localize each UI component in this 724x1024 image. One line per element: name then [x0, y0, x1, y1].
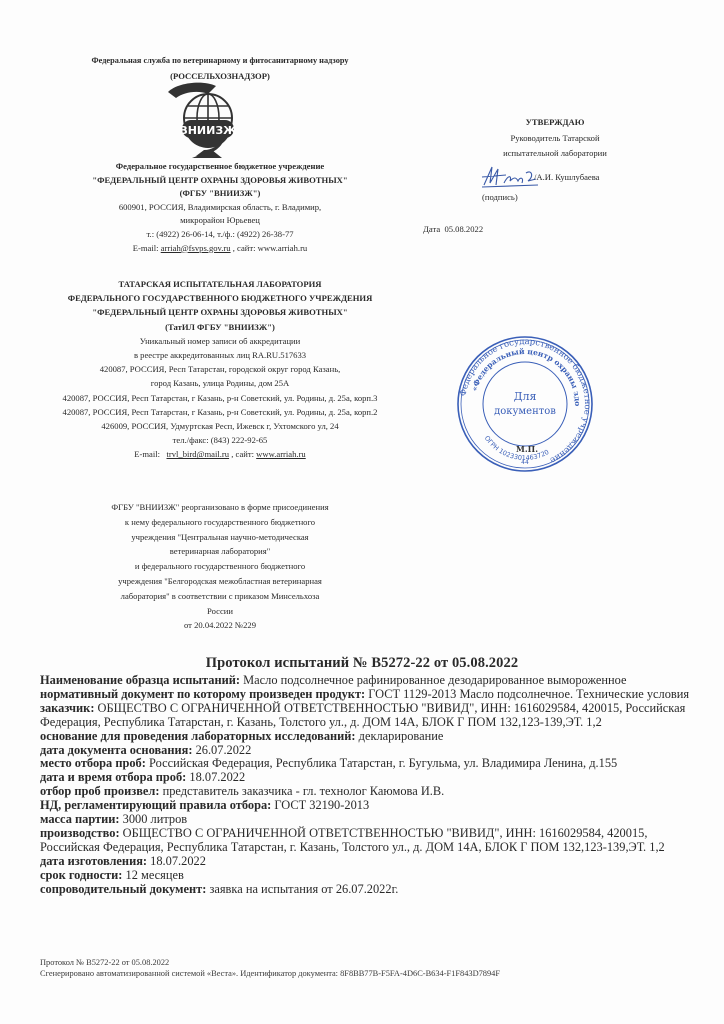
field-sampling-standard: НД, регламентирующий правила отбора: ГОС…: [40, 799, 710, 813]
lab-accreditation-2: в реестре аккредитованных лиц RA.RU.5176…: [40, 348, 400, 362]
lab-address-2: город Казань, улица Родины, дом 25А: [40, 376, 400, 390]
institution-address-1: 600901, РОССИЯ, Владимирская область, г.…: [40, 201, 400, 215]
footer-generated-by: Сгенерировано автоматизированной системо…: [40, 968, 500, 979]
lab-contacts: E-mail: trvl_bird@mail.ru , сайт: www.ar…: [40, 447, 400, 461]
reorg-line: России: [40, 604, 400, 619]
institution-type: Федеральное государственное бюджетное уч…: [40, 160, 400, 174]
svg-text:документов: документов: [494, 406, 556, 417]
reorganization-note: ФГБУ "ВНИИЗЖ" реорганизовано в форме при…: [40, 500, 400, 633]
footer-protocol-ref: Протокол № B5272-22 от 05.08.2022: [40, 957, 500, 968]
reorg-line: учреждения "Белгородская межобластная ве…: [40, 574, 400, 589]
lab-address-4: 420087, РОССИЯ, Респ Татарстан, г Казань…: [40, 405, 400, 419]
field-shelf-life: срок годности: 12 месяцев: [40, 869, 710, 883]
field-accompanying-doc: сопроводительный документ: заявка на исп…: [40, 883, 710, 897]
protocol-title: Протокол испытаний № B5272-22 от 05.08.2…: [0, 655, 724, 672]
field-normative-doc: нормативный документ по которому произве…: [40, 688, 710, 702]
lab-accreditation-1: Уникальный номер записи об аккредитации: [40, 334, 400, 348]
page-footer: Протокол № B5272-22 от 05.08.2022 Сгенер…: [40, 957, 500, 979]
approval-date: Дата 05.08.2022: [423, 224, 483, 234]
field-basis-date: дата документа основания: 26.07.2022: [40, 744, 710, 758]
lab-title-1: ТАТАРСКАЯ ИСПЫТАТЕЛЬНАЯ ЛАБОРАТОРИЯ: [40, 277, 400, 291]
lab-site-link[interactable]: www.arriah.ru: [256, 449, 306, 459]
institution-block: Федеральное государственное бюджетное уч…: [40, 160, 400, 255]
lab-phone: тел./факс: (843) 222-92-65: [40, 433, 400, 447]
svg-text:М.П.: М.П.: [516, 444, 538, 454]
svg-text:ВНИИЗЖ: ВНИИЗЖ: [179, 124, 237, 137]
official-stamp: Федеральное государственное бюджетное уч…: [455, 334, 595, 474]
lab-address-5: 426009, РОССИЯ, Удмуртская Респ, Ижевск …: [40, 419, 400, 433]
svg-text:44: 44: [521, 459, 529, 466]
institution-contacts: E-mail: arriah@fsvps.gov.ru , сайт: www.…: [40, 242, 400, 256]
agency-header: Федеральная служба по ветеринарному и фи…: [40, 56, 400, 81]
lab-block: ТАТАРСКАЯ ИСПЫТАТЕЛЬНАЯ ЛАБОРАТОРИЯ ФЕДЕ…: [40, 277, 400, 462]
approval-signer: /А.И. Кушлубаева: [534, 172, 599, 182]
lab-address-3: 420087, РОССИЯ, Респ Татарстан, г Казань…: [40, 391, 400, 405]
field-sampling-place: место отбора проб: Российская Федерация,…: [40, 757, 710, 771]
protocol-fields: Наименование образца испытаний: Масло по…: [40, 674, 710, 897]
field-sampling-date: дата и время отбора проб: 18.07.2022: [40, 771, 710, 785]
field-customer: заказчик: ОБЩЕСТВО С ОГРАНИЧЕННОЙ ОТВЕТС…: [40, 702, 710, 730]
approval-role-1: Руководитель Татарской: [470, 131, 640, 147]
approval-title: УТВЕРЖДАЮ: [470, 115, 640, 131]
institution-address-2: микрорайон Юрьевец: [40, 214, 400, 228]
approval-block: УТВЕРЖДАЮ Руководитель Татарской испытат…: [470, 115, 640, 162]
institution-short: (ФГБУ "ВНИИЗЖ"): [40, 187, 400, 201]
approval-role-2: испытательной лаборатории: [470, 146, 640, 162]
signature: [480, 165, 540, 187]
vniizzh-logo: ВНИИЗЖ: [164, 80, 248, 160]
field-sample-name: Наименование образца испытаний: Масло по…: [40, 674, 710, 688]
lab-title-2: ФЕДЕРАЛЬНОГО ГОСУДАРСТВЕННОГО БЮДЖЕТНОГО…: [40, 291, 400, 305]
svg-text:Для: Для: [514, 390, 537, 403]
field-producer: производство: ОБЩЕСТВО С ОГРАНИЧЕННОЙ ОТ…: [40, 827, 710, 855]
signature-caption: (подпись): [482, 192, 518, 202]
lab-title-4: (ТатИЛ ФГБУ "ВНИИЗЖ"): [40, 320, 400, 334]
reorg-line: ветеринарная лаборатория": [40, 544, 400, 559]
reorg-line: от 20.04.2022 №229: [40, 618, 400, 633]
lab-title-3: "ФЕДЕРАЛЬНЫЙ ЦЕНТР ОХРАНЫ ЗДОРОВЬЯ ЖИВОТ…: [40, 305, 400, 319]
field-sampled-by: отбор проб произвел: представитель заказ…: [40, 785, 710, 799]
reorg-line: лаборатория" в соответствии с приказом М…: [40, 589, 400, 604]
agency-name: Федеральная служба по ветеринарному и фи…: [40, 56, 400, 65]
institution-phones: т.: (4922) 26-06-14, т./ф.: (4922) 26-38…: [40, 228, 400, 242]
lab-address-1: 420087, РОССИЯ, Респ Татарстан, городско…: [40, 362, 400, 376]
field-basis: основание для проведения лабораторных ис…: [40, 730, 710, 744]
reorg-line: учреждения "Центральная научно-методичес…: [40, 530, 400, 545]
reorg-line: и федерального государственного бюджетно…: [40, 559, 400, 574]
field-production-date: дата изготовления: 18.07.2022: [40, 855, 710, 869]
reorg-line: к нему федерального государственного бюд…: [40, 515, 400, 530]
reorg-line: ФГБУ "ВНИИЗЖ" реорганизовано в форме при…: [40, 500, 400, 515]
field-batch-mass: масса партии: 3000 литров: [40, 813, 710, 827]
institution-email-link[interactable]: arriah@fsvps.gov.ru: [161, 243, 231, 253]
institution-name: "ФЕДЕРАЛЬНЫЙ ЦЕНТР ОХРАНЫ ЗДОРОВЬЯ ЖИВОТ…: [40, 174, 400, 188]
lab-email-link[interactable]: trvl_bird@mail.ru: [167, 449, 230, 459]
